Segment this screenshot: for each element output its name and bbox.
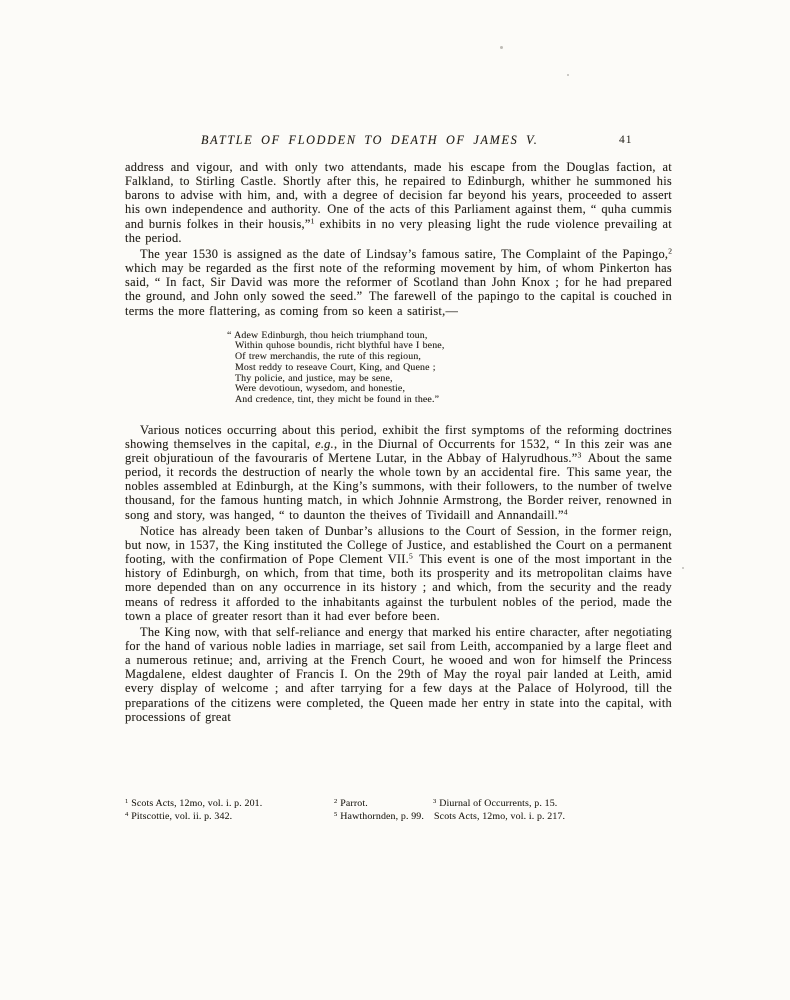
- footnote-row: 4Pitscottie, vol. ii. p. 342. 5Hawthornd…: [125, 810, 672, 823]
- footnote-marker: 4: [125, 811, 128, 818]
- text-segment: The year 1530 is assigned as the date of…: [140, 247, 668, 261]
- paragraph-1: address and vigour, and with only two at…: [125, 160, 672, 245]
- body-text: address and vigour, and with only two at…: [125, 160, 672, 726]
- footnote-text: Scots Acts, 12mo, vol. i. p. 201.: [131, 798, 262, 809]
- footnote-marker: 1: [125, 798, 128, 805]
- footnote-reference: 2: [668, 246, 672, 255]
- scan-speck: [682, 567, 684, 569]
- footnote-text: Diurnal of Occurrents, p. 15.: [439, 798, 557, 809]
- chapter-running-title: BATTLE OF FLODDEN TO DEATH OF JAMES V.: [201, 133, 538, 148]
- text-segment: e.g.: [315, 437, 334, 451]
- footnote-3: 3Diurnal of Occurrents, p. 15.: [433, 797, 557, 810]
- footnote-reference: 4: [564, 507, 568, 516]
- footnote-marker: 5: [334, 811, 337, 818]
- footnote-4: 4Pitscottie, vol. ii. p. 342.: [125, 810, 334, 823]
- book-page: BATTLE OF FLODDEN TO DEATH OF JAMES V. 4…: [0, 0, 790, 1000]
- footnotes: 1Scots Acts, 12mo, vol. i. p. 201. 2Parr…: [125, 797, 672, 824]
- paragraph-4: Notice has already been taken of Dunbar’…: [125, 524, 672, 623]
- running-head: BATTLE OF FLODDEN TO DEATH OF JAMES V. 4…: [125, 133, 672, 149]
- verse-line: And credence, tint, they micht be found …: [235, 395, 672, 406]
- footnote-row: 1Scots Acts, 12mo, vol. i. p. 201. 2Parr…: [125, 797, 672, 810]
- text-segment: The King now, with that self-reliance an…: [125, 625, 672, 724]
- footnote-marker: 2: [334, 798, 337, 805]
- page-number: 41: [619, 134, 633, 146]
- scan-speck: [500, 46, 503, 49]
- paragraph-3: Various notices occurring about this per…: [125, 423, 672, 522]
- footnote-marker: 3: [433, 798, 436, 805]
- verse-quotation: “ Adew Edinburgh, thou heich triumphand …: [125, 331, 672, 406]
- scan-speck: [567, 74, 569, 76]
- paragraph-5: The King now, with that self-reliance an…: [125, 625, 672, 724]
- paragraph-2: The year 1530 is assigned as the date of…: [125, 247, 672, 318]
- verse-line: Most reddy to reseave Court, King, and Q…: [235, 363, 672, 374]
- footnote-text: Hawthornden, p. 99. Scots Acts, 12mo, vo…: [340, 811, 565, 822]
- text-segment: which may be regarded as the first note …: [125, 261, 672, 317]
- footnote-5: 5Hawthornden, p. 99. Scots Acts, 12mo, v…: [334, 810, 565, 823]
- footnote-text: Parrot.: [340, 798, 368, 809]
- footnote-1: 1Scots Acts, 12mo, vol. i. p. 201.: [125, 797, 334, 810]
- footnote-2: 2Parrot.: [334, 797, 433, 810]
- footnote-text: Pitscottie, vol. ii. p. 342.: [131, 811, 232, 822]
